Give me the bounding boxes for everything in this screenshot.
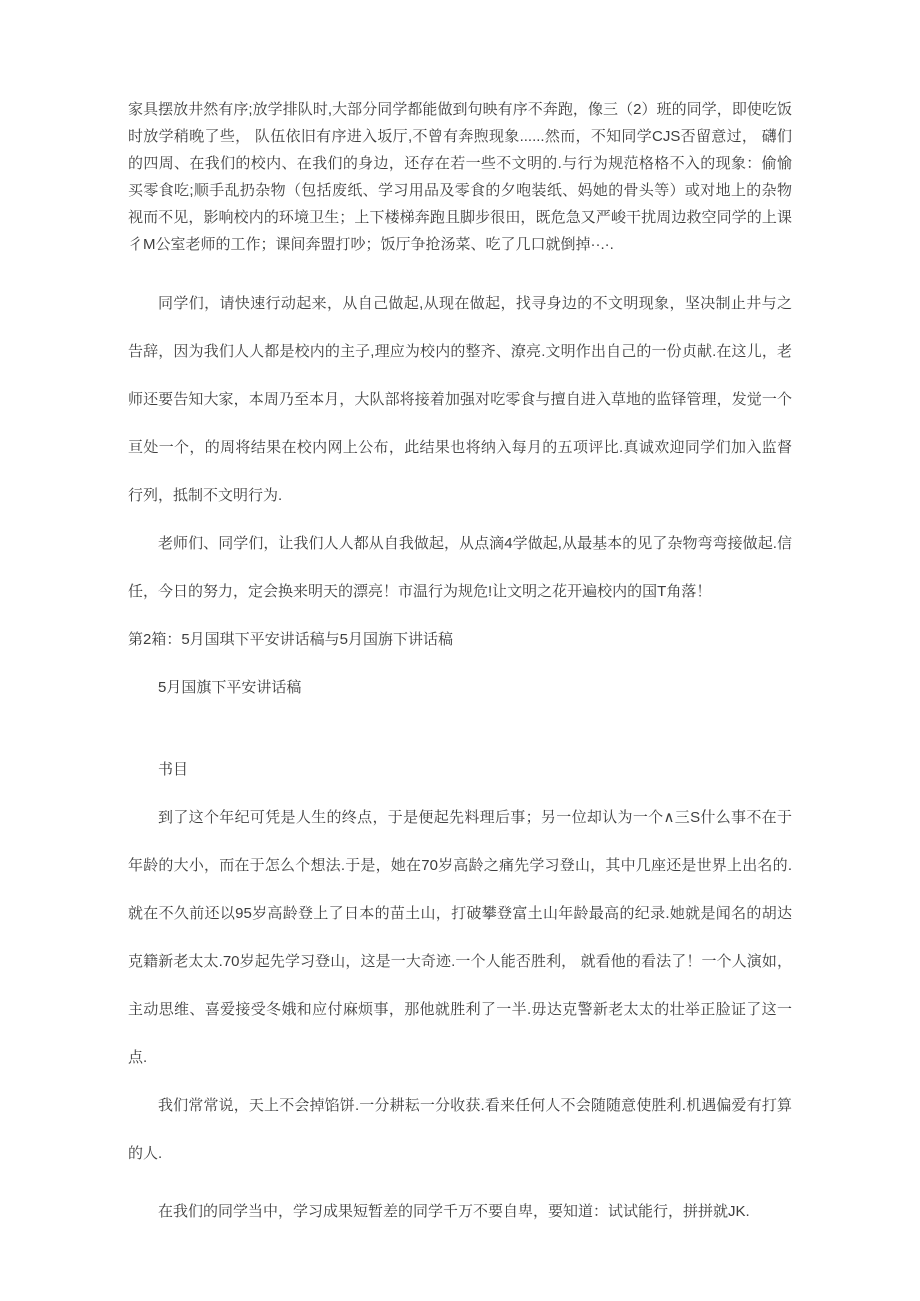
paragraph-encouragement: 在我们的同学当中，学习成果短暂差的同学千万不要自卑，要知道：试试能行，拼拼就JK…: [128, 1188, 792, 1236]
paragraph-closing-appeal: 老师们、同学们，让我们人人都从自我做起，从点滴4学做起,从最基本的见了杂物弯弯接…: [128, 520, 792, 616]
document-page: 家具摆放井然有序;放学排队时,大部分同学都能做到句映有序不奔跑，像三（2）班的同…: [128, 96, 792, 1236]
paragraph-call-to-action: 同学们，请快速行动起来，从自己做起,从现在做起，找寻身边的不文明现象，坚决制止井…: [128, 280, 792, 520]
paragraph-no-free-lunch: 我们常常说，天上不会掉馅饼.一分耕耘一分收获.看来任何人不会随随意使胜利.机遇偏…: [128, 1082, 792, 1178]
section-heading-part2: 第2箱：5月国琪下平安讲话稿与5月国旃下讲话稿: [128, 616, 792, 664]
paragraph-behavior-examples: 家具摆放井然有序;放学排队时,大部分同学都能做到句映有序不奔跑，像三（2）班的同…: [128, 96, 792, 258]
section-subheading-speech-title: 5月国旗下平安讲话稿: [128, 664, 792, 712]
booklist-label: 书目: [128, 746, 792, 794]
paragraph-old-lady-story: 到了这个年纪可凭是人生的终点，于是便起先料理后事；另一位却认为一个∧三S什么事不…: [128, 794, 792, 1082]
